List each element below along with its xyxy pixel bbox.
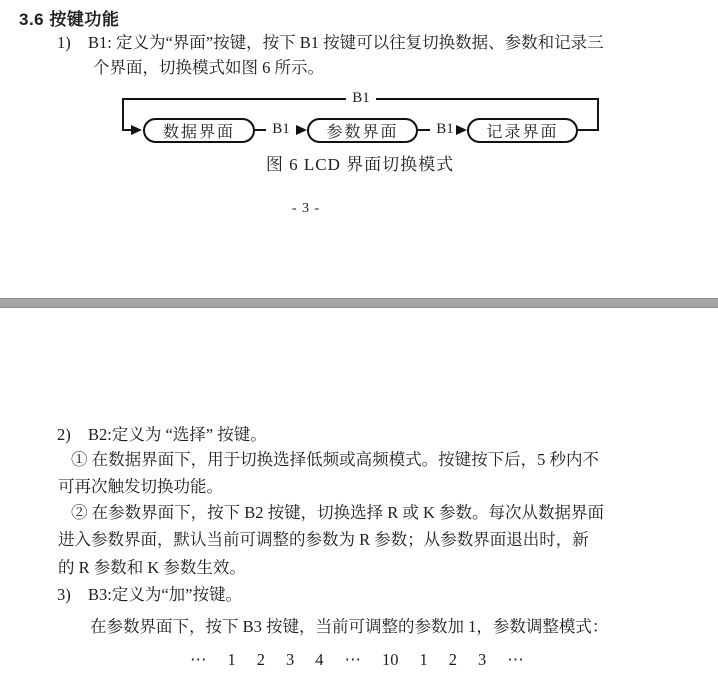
arrow-right-icon [296,125,307,135]
flow-line-left [122,98,124,131]
loop-b1-label: B1 [346,90,376,107]
seq-item: 10 [382,650,399,670]
conn1-b1-label: B1 [266,121,296,138]
seq-item: 1 [420,650,428,670]
seq-item: 2 [449,650,457,670]
arrow-right-icon [456,125,467,135]
parameter-sequence: ⋯ 1 2 3 4 ⋯ 10 1 2 3 ⋯ [190,650,524,670]
item2-sub2-line2: 进入参数界面，默认当前可调整的参数为 R 参数；从参数界面退出时，新 [58,530,589,550]
seq-item: ⋯ [190,650,207,670]
item2-sub1-line2: 可再次触发切换功能。 [58,477,223,497]
item3-title: B3:定义为“加”按键。 [88,585,242,605]
seq-item: 3 [286,650,294,670]
seq-item: ⋯ [345,650,362,670]
seq-item: 4 [315,650,323,670]
seq-item: 2 [257,650,265,670]
figure-caption: 图 6 LCD 界面切换模式 [120,150,600,175]
item2-sub1-line1: ① 在数据界面下，用于切换选择低频或高频模式。按键按下后，5 秒内不 [71,450,599,470]
flow-box-param: 参数界面 [307,118,418,143]
item2-title: B2:定义为 “选择” 按键。 [88,425,267,445]
document-page: 3.6 按键功能 1) B1: 定义为“界面”按键，按下 B1 按键可以往复切换… [0,0,718,686]
flow-stub-right [578,129,599,131]
item2-sub2-line3: 的 R 参数和 K 参数生效。 [58,558,246,578]
page-number: - 3 - [256,201,356,217]
flow-line-right [597,98,599,131]
list-number-3: 3) [57,585,71,605]
flow-box-data: 数据界面 [143,118,255,143]
page-break-divider [0,298,718,308]
lcd-switch-diagram: B1 数据界面 参数界面 记录界面 B1 B1 图 6 LCD 界面切换模式 [0,0,718,230]
seq-item: 3 [478,650,486,670]
item3-paragraph: 在参数界面下，按下 B3 按键，当前可调整的参数加 1，参数调整模式： [90,617,608,637]
list-number-2: 2) [57,425,71,445]
item2-sub2-line1: ② 在参数界面下，按下 B2 按键，切换选择 R 或 K 参数。每次从数据界面 [71,503,604,523]
seq-item: 1 [228,650,236,670]
flow-box-record: 记录界面 [467,118,578,143]
seq-item: ⋯ [507,650,524,670]
arrow-right-icon [131,125,142,135]
